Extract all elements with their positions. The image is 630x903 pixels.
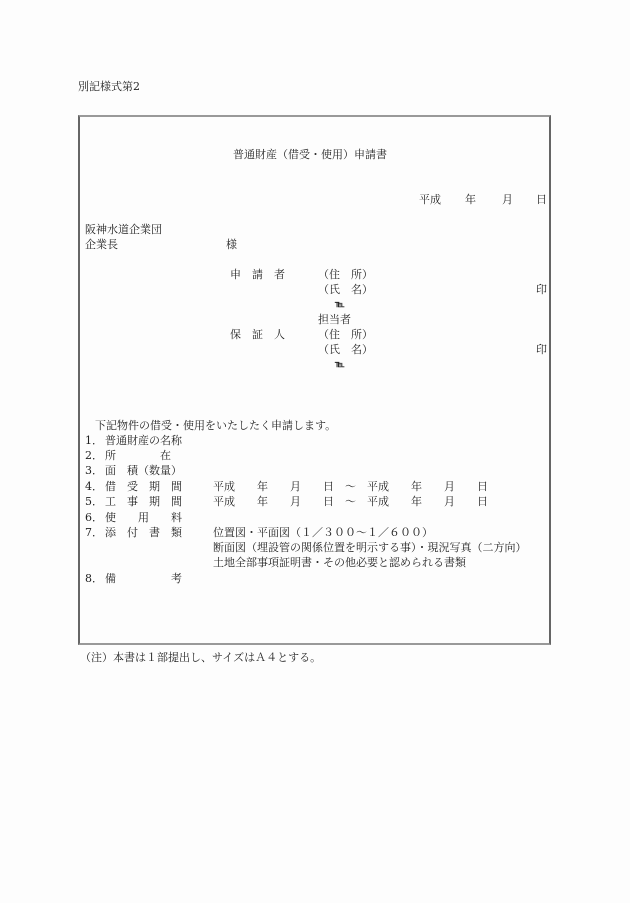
loan-period-value: 平成 年 月 日 ～ 平成 年 月 日 bbox=[213, 480, 488, 494]
date-year: 年 bbox=[465, 193, 476, 207]
addressee-org: 阪神水道企業団 bbox=[85, 223, 162, 237]
guarantor-address-label: （住 所） bbox=[318, 328, 373, 342]
applicant-seal: 印 bbox=[536, 283, 547, 297]
applicant-contact-label: 担当者 bbox=[318, 313, 351, 327]
attachment-line: 位置図・平面図（１／３００～１／６００） bbox=[213, 526, 433, 540]
attachment-line: 断面図（埋設管の関係位置を明示する事）・現況写真（二方向） bbox=[213, 541, 527, 555]
guarantor-seal: 印 bbox=[536, 343, 547, 357]
guarantor-tel-icon: ℡ bbox=[335, 358, 345, 372]
guarantor-name-label: （氏 名） bbox=[318, 343, 373, 357]
document-title: 普通財産（借受・使用）申請書 bbox=[233, 148, 387, 162]
footnote: （注）本書は１部提出し、サイズはＡ４とする。 bbox=[80, 651, 321, 665]
construction-period-value: 平成 年 月 日 ～ 平成 年 月 日 bbox=[213, 495, 488, 509]
guarantor-label: 保 証 人 bbox=[230, 328, 285, 342]
intro-text: 下記物件の借受・使用をいたしたく申請します。 bbox=[95, 419, 336, 433]
date-day: 日 bbox=[536, 193, 547, 207]
date-era: 平成 bbox=[419, 193, 441, 207]
applicant-address-label: （住 所） bbox=[318, 268, 373, 282]
addressee-honorific: 様 bbox=[226, 238, 237, 252]
addressee-position: 企業長 bbox=[85, 238, 118, 252]
applicant-name-label: （氏 名） bbox=[318, 283, 373, 297]
attachment-line: 土地全部事項証明書・その他必要と認められる書類 bbox=[213, 556, 466, 570]
applicant-label: 申 請 者 bbox=[230, 268, 285, 282]
date-month: 月 bbox=[502, 193, 513, 207]
applicant-tel-icon: ℡ bbox=[335, 298, 345, 312]
form-number: 別記様式第2 bbox=[78, 80, 140, 94]
